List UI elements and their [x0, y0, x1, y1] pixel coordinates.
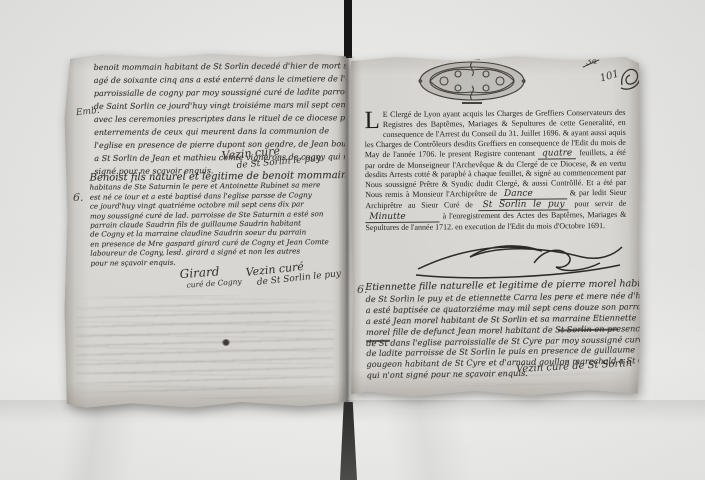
spine-strap-bottom [340, 402, 357, 480]
ink-spot [222, 339, 230, 346]
margin-note: 6. [73, 191, 84, 204]
drop-cap: L [364, 111, 379, 131]
folio-paraph-icon [618, 65, 642, 91]
handwritten-fill-usage: Minutte [365, 212, 439, 224]
headpiece-ornament-icon [412, 58, 532, 104]
entry-line: avec les ceremonies prescriptes dans le … [94, 111, 382, 126]
spine-strap-top [344, 0, 352, 58]
right-page-wrap: 34 101 LE Clergé [350, 55, 640, 397]
register-scan-photo: Emb. benoit mommain habitant de St Sorli… [0, 0, 705, 480]
folio-number-struck: 34 [585, 56, 598, 67]
printed-text: pour servir de [574, 199, 626, 208]
syndic-signature-flourish [414, 239, 626, 281]
girard-signature: Girard curé de Cogny [179, 263, 242, 290]
handwritten-fill-archipretre: Dance [500, 189, 567, 201]
handwritten-fill-feuillets: quatre [538, 148, 576, 159]
bleedthrough-ghost-text [76, 295, 334, 399]
right-page: 34 101 LE Clergé [350, 55, 640, 397]
left-page-wrap: Emb. benoit mommain habitant de St Sorli… [64, 53, 346, 409]
left-page: Emb. benoit mommain habitant de St Sorli… [64, 53, 346, 409]
printed-register-header: LE Clergé de Lyon ayant acquis les Charg… [364, 108, 626, 233]
handwritten-fill-cure: St Sorlin le puy [479, 200, 569, 212]
